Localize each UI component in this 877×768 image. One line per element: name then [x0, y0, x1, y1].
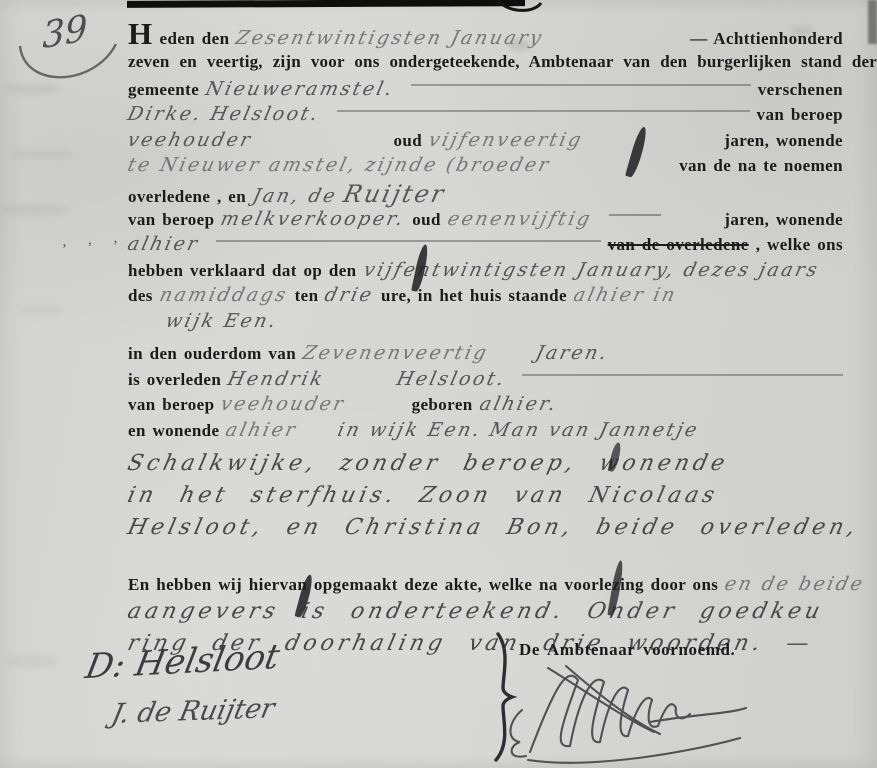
- handwritten-text: Jan, de: [251, 185, 340, 207]
- handwritten-text: Zevenenveertig: [301, 342, 491, 364]
- document-line: is overledenHendrikHelsloot.: [128, 368, 850, 394]
- printed-text: des: [128, 286, 153, 306]
- handwritten-text: in wijk Een. Man van Jannetje: [335, 419, 701, 441]
- handwritten-text: Jaren.: [534, 342, 612, 364]
- printed-text: oud: [412, 210, 441, 230]
- handwritten-text: Ruijter: [341, 180, 449, 208]
- printed-text: van de na te noemen: [679, 156, 843, 176]
- handwritten-text: melkverkooper.: [219, 208, 408, 230]
- printed-text: van beroep: [128, 210, 214, 230]
- document-line: overledene , enJan, deRuijter: [128, 180, 850, 208]
- dash-segment: [609, 214, 661, 216]
- document-line: wijk Een.: [128, 310, 850, 336]
- printed-text: — Achttienhonderd: [690, 29, 843, 49]
- printed-text: is overleden: [128, 370, 221, 390]
- handwritten-text: Helsloot, en Christina Bon, beide overle…: [125, 515, 861, 540]
- printed-text: van beroep: [128, 395, 214, 415]
- handwritten-text: wijk Een.: [163, 310, 280, 332]
- dashfill-segment: [411, 84, 751, 86]
- document-line: hebben verklaard dat op denvijfentwintig…: [128, 259, 850, 285]
- scan-edge-bar: [127, 0, 525, 8]
- handwritten-text: veehouder: [219, 393, 348, 415]
- official-signature: [500, 652, 770, 767]
- document-line: en wonendealhierin wijk Een. Man van Jan…: [128, 419, 850, 445]
- document-line: En hebben wij hiervan opgemaakt deze akt…: [128, 573, 850, 599]
- document-line: van beroepveehoudergeborenalhier.: [128, 393, 850, 419]
- act-number-flourish: [14, 40, 124, 88]
- document-lines: Heden denZesentwintigsten January— Achtt…: [128, 16, 850, 663]
- printed-text: gemeente: [128, 80, 199, 100]
- printed-text: van de overledene: [608, 235, 749, 255]
- handwritten-text: Zesentwintigsten January: [234, 27, 546, 49]
- printed-text: , welke ons: [756, 235, 843, 255]
- document-line: gemeenteNieuweramstel.verschenen: [128, 78, 850, 104]
- handwritten-text: alhier.: [477, 393, 560, 415]
- printed-text: ten: [295, 286, 319, 306]
- document-line: alhiervan de overledene, welke ons: [128, 233, 850, 259]
- document-line: zeven en veertig, zijn voor ons onderget…: [128, 52, 850, 78]
- margin-tick-marks: ’ ’ ’: [61, 238, 127, 260]
- bleedthrough-smudge: [10, 150, 74, 159]
- printed-text: en wonende: [128, 421, 219, 441]
- document-line: Dirke. Helsloot.van beroep: [128, 103, 850, 129]
- document-line: desnamiddagstendrieure, in het huis staa…: [128, 284, 850, 310]
- handwritten-text: alhier in: [571, 284, 679, 306]
- bleedthrough-smudge: [18, 305, 64, 314]
- printed-text: zeven en veertig, zijn voor ons onderget…: [128, 52, 877, 72]
- scanned-death-record: 39 ’ ’ ’ Heden denZesentwintigsten Janua…: [0, 0, 877, 768]
- handwritten-text: aangevers is onderteekend. Onder goedkeu: [125, 599, 826, 624]
- handwritten-text: eenenvijftig: [445, 208, 594, 230]
- handwritten-text: te Nieuwer amstel, zijnde (broeder: [125, 154, 552, 176]
- document-line: aangevers is onderteekend. Onder goedkeu: [128, 599, 850, 631]
- dashfill-segment: [216, 240, 601, 242]
- handwritten-text: Nieuweramstel.: [204, 78, 397, 100]
- scan-edge-arc: [497, 0, 543, 16]
- document-line: Schalkwijke, zonder beroep, wonende: [128, 451, 850, 483]
- handwritten-text: Helsloot.: [394, 368, 508, 390]
- handwritten-text: veehouder: [125, 129, 254, 151]
- handwritten-text: Schalkwijke, zonder beroep, wonende: [125, 451, 731, 476]
- handwritten-text: Hendrik: [226, 368, 327, 390]
- printed-text: ure, in het huis staande: [381, 286, 567, 306]
- document-line: te Nieuwer amstel, zijnde (broedervan de…: [128, 154, 850, 180]
- document-line: veehouderoudvijfenveertigjaren, wonende: [128, 129, 850, 155]
- printed-text: verschenen: [758, 80, 843, 100]
- printed-text: hebben verklaard dat op den: [128, 261, 357, 281]
- printed-text: geboren: [412, 395, 473, 415]
- printed-text: En hebben wij hiervan opgemaakt deze akt…: [128, 575, 718, 595]
- handwritten-text: in het sterfhuis. Zoon van Nicolaas: [125, 483, 721, 508]
- dashfill-segment: [522, 374, 843, 376]
- handwritten-text: en de beide: [723, 573, 867, 595]
- bleedthrough-smudge: [0, 205, 70, 215]
- handwritten-text: alhier: [224, 419, 300, 441]
- handwritten-text: namiddags: [157, 284, 290, 306]
- document-line: van beroepmelkverkooper.oudeenenvijftigj…: [128, 208, 850, 234]
- dashfill-segment: [337, 110, 750, 112]
- printed-text: overledene , en: [128, 187, 246, 207]
- printed-text: in den ouderdom van: [128, 344, 296, 364]
- document-line: Heden denZesentwintigsten January— Achtt…: [128, 16, 850, 52]
- printed-text: oud: [393, 131, 422, 151]
- printed-text: H: [128, 16, 153, 52]
- handwritten-text: vijfenveertig: [427, 129, 586, 151]
- handwritten-text: alhier: [125, 233, 201, 255]
- handwritten-text: vijfentwintigsten January, dezes jaars: [361, 259, 821, 281]
- document-line: Helsloot, en Christina Bon, beide overle…: [128, 515, 850, 547]
- scan-corner-mark: [868, 0, 877, 44]
- signature-declarant-1: D: Helsloot: [82, 637, 283, 688]
- printed-text: eden den: [160, 29, 230, 49]
- handwritten-text: drie: [323, 284, 377, 306]
- printed-text: jaren, wonende: [724, 210, 843, 230]
- handwritten-text: Dirke. Helsloot.: [125, 103, 322, 125]
- document-line: in den ouderdom vanZevenenveertigJaren.: [128, 342, 850, 368]
- printed-text: jaren, wonende: [724, 131, 843, 151]
- document-line: in het sterfhuis. Zoon van Nicolaas: [128, 483, 850, 515]
- signature-declarant-2: J. de Ruijter: [109, 693, 278, 730]
- printed-text: van beroep: [757, 105, 843, 125]
- bleedthrough-smudge: [6, 655, 58, 667]
